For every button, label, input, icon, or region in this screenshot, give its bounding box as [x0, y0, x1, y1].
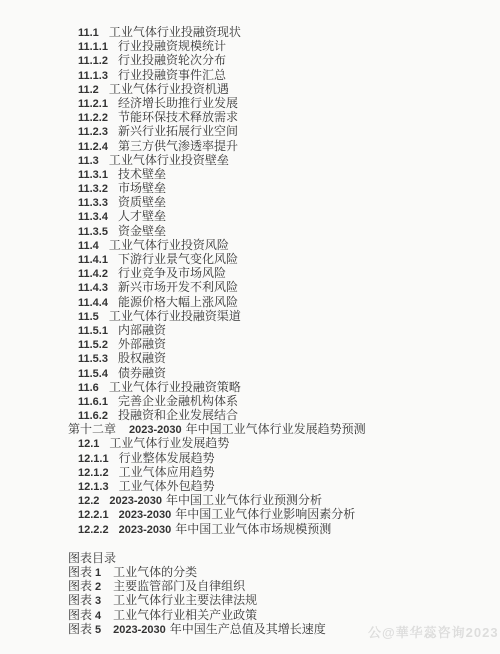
toc-item-number: 11.3.1	[78, 169, 108, 181]
toc-item: 11.3.3资质壁垒	[78, 195, 490, 209]
toc-item-number: 12.1.1	[78, 453, 109, 465]
toc-item: 12.1.3工业气体外包趋势	[78, 479, 490, 493]
toc-item-title: 人才壁垒	[118, 209, 166, 223]
figure-title: 年中国生产总值及其增长速度	[170, 622, 326, 636]
toc-chapter-line: 第十二章2023-2030年中国工业气体行业发展趋势预测	[68, 422, 490, 436]
toc-item-title: 资质壁垒	[118, 195, 166, 209]
toc-item-title: 新兴行业拓展行业空间	[118, 124, 238, 138]
toc-item-number: 11.3.2	[78, 183, 108, 195]
toc-item-title: 工业气体行业投资机遇	[109, 82, 229, 96]
figure-label: 图表	[68, 622, 92, 636]
toc-item-title: 工业气体外包趋势	[119, 479, 215, 493]
toc-item: 11.4.3新兴市场开发不利风险	[78, 280, 490, 294]
toc-item-number: 12.1	[78, 438, 99, 450]
toc-item: 12.2.12023-2030年中国工业气体行业影响因素分析	[78, 507, 490, 521]
figure-number: 2	[95, 581, 101, 593]
figure-label: 图表	[68, 593, 92, 607]
toc-item-number: 11.3.4	[78, 211, 108, 223]
toc-item-number: 11.3.3	[78, 197, 108, 209]
toc-item: 11.2.2节能环保技术释放需求	[78, 110, 490, 124]
toc-item: 11.5.4债券融资	[78, 366, 490, 380]
toc-item-title: 工业气体行业投资壁垒	[109, 153, 229, 167]
toc-item-title: 第三方供气渗透率提升	[118, 139, 238, 153]
figure-list-item: 图表2主要监管部门及自律组织	[68, 579, 490, 593]
toc-item: 11.5工业气体行业投融资渠道	[78, 309, 490, 323]
toc-item: 11.2工业气体行业投资机遇	[78, 82, 490, 96]
toc-item-number: 11.4.3	[78, 282, 108, 294]
toc-item: 11.2.3新兴行业拓展行业空间	[78, 124, 490, 138]
figure-label: 图表	[68, 579, 92, 593]
toc-item-number: 11.6.1	[78, 396, 108, 408]
figure-number: 1	[95, 567, 101, 579]
toc-item: 11.4.2行业竞争及市场风险	[78, 266, 490, 280]
figure-list-heading: 图表目录	[68, 551, 490, 565]
toc-item-number: 11.4.1	[78, 254, 108, 266]
toc-item-title: 年中国工业气体行业影响因素分析	[175, 507, 355, 521]
figure-label: 图表	[68, 608, 92, 622]
toc-item-title: 行业投融资轮次分布	[118, 53, 226, 67]
toc-item: 12.1.2工业气体应用趋势	[78, 465, 490, 479]
toc-item-title: 能源价格大幅上涨风险	[118, 295, 238, 309]
figure-number: 3	[95, 595, 101, 607]
toc-item-title: 年中国工业气体行业发展趋势预测	[186, 422, 366, 436]
toc-item: 11.6.2投融资和企业发展结合	[78, 408, 490, 422]
toc-item-number: 11.5.1	[78, 325, 108, 337]
figure-title: 工业气体行业主要法律法规	[113, 593, 257, 607]
toc-item-number: 11.5	[78, 311, 99, 323]
toc-item-number: 11.3.5	[78, 226, 108, 238]
toc-item-title: 年中国工业气体行业预测分析	[166, 493, 322, 507]
toc-item-title: 行业投融资事件汇总	[118, 68, 226, 82]
figure-title: 主要监管部门及自律组织	[113, 579, 245, 593]
toc-item-title: 工业气体应用趋势	[119, 465, 215, 479]
toc-item-title: 下游行业景气变化风险	[118, 252, 238, 266]
toc-item-title: 行业竞争及市场风险	[118, 266, 226, 280]
toc-item-number: 12.2.1	[78, 509, 109, 521]
toc-list: 11.1工业气体行业投融资现状11.1.1行业投融资规模统计11.1.2行业投融…	[78, 25, 490, 536]
page-content: 11.1工业气体行业投融资现状11.1.1行业投融资规模统计11.1.2行业投融…	[78, 25, 490, 636]
toc-item-title: 资金壁垒	[118, 224, 166, 238]
year-range: 2023-2030	[129, 424, 182, 436]
toc-item: 11.4工业气体行业投资风险	[78, 238, 490, 252]
toc-item-title: 行业整体发展趋势	[119, 451, 215, 465]
toc-item: 11.6.1完善企业金融机构体系	[78, 394, 490, 408]
figure-title: 工业气体行业相关产业政策	[113, 608, 257, 622]
toc-item-title: 工业气体行业投融资策略	[109, 380, 241, 394]
document-page: 11.1工业气体行业投融资现状11.1.1行业投融资规模统计11.1.2行业投融…	[0, 0, 500, 654]
year-range: 2023-2030	[119, 524, 172, 536]
toc-item-title: 市场壁垒	[118, 181, 166, 195]
toc-item-title: 年中国工业气体市场规模预测	[175, 522, 331, 536]
toc-item-number: 12.1.3	[78, 481, 109, 493]
toc-item-number: 12.2.2	[78, 524, 109, 536]
toc-item-number: 11.2	[78, 84, 99, 96]
toc-item-number: 11.5.3	[78, 353, 108, 365]
toc-item: 11.4.4能源价格大幅上涨风险	[78, 295, 490, 309]
toc-item: 11.3.5资金壁垒	[78, 224, 490, 238]
figure-list-item: 图表3工业气体行业主要法律法规	[68, 593, 490, 607]
toc-item-title: 完善企业金融机构体系	[118, 394, 238, 408]
toc-item: 11.4.1下游行业景气变化风险	[78, 252, 490, 266]
year-range: 2023-2030	[113, 624, 166, 636]
toc-item-title: 外部融资	[118, 337, 166, 351]
toc-item-number: 11.2.3	[78, 126, 108, 138]
toc-item-title: 工业气体行业投融资渠道	[109, 309, 241, 323]
toc-item: 12.22023-2030年中国工业气体行业预测分析	[78, 493, 490, 507]
toc-item-number: 12.2	[78, 495, 99, 507]
blank-line	[78, 536, 490, 551]
toc-item: 12.1.1行业整体发展趋势	[78, 451, 490, 465]
toc-item: 11.3.2市场壁垒	[78, 181, 490, 195]
toc-item: 12.1工业气体行业发展趋势	[78, 436, 490, 450]
toc-item: 11.3工业气体行业投资壁垒	[78, 153, 490, 167]
toc-item-title: 债券融资	[118, 366, 166, 380]
toc-item: 11.1.1行业投融资规模统计	[78, 39, 490, 53]
toc-item-title: 工业气体行业投融资现状	[109, 25, 241, 39]
toc-item-number: 11.3	[78, 155, 99, 167]
toc-item-number: 11.6	[78, 382, 99, 394]
toc-item: 11.3.4人才壁垒	[78, 209, 490, 223]
toc-item-title: 投融资和企业发展结合	[118, 408, 238, 422]
toc-item: 11.2.4第三方供气渗透率提升	[78, 139, 490, 153]
figure-title: 工业气体的分类	[113, 565, 197, 579]
toc-item-number: 11.2.4	[78, 141, 108, 153]
toc-item-number: 11.4	[78, 240, 99, 252]
chapter-label: 第十二章	[68, 422, 116, 436]
figure-label: 图表	[68, 565, 92, 579]
toc-item-number: 11.5.4	[78, 368, 108, 380]
toc-item-title: 内部融资	[118, 323, 166, 337]
toc-item-title: 行业投融资规模统计	[118, 39, 226, 53]
toc-item: 11.3.1技术壁垒	[78, 167, 490, 181]
toc-item-number: 11.2.2	[78, 112, 108, 124]
toc-item-number: 11.1.3	[78, 70, 108, 82]
toc-item-title: 节能环保技术释放需求	[118, 110, 238, 124]
watermark: 公@華华蕊咨询2023	[368, 622, 499, 641]
toc-item-number: 11.1.2	[78, 55, 108, 67]
toc-item: 11.6工业气体行业投融资策略	[78, 380, 490, 394]
year-range: 2023-2030	[109, 495, 162, 507]
toc-item-number: 11.2.1	[78, 98, 108, 110]
toc-item: 11.5.3股权融资	[78, 351, 490, 365]
toc-item-title: 新兴市场开发不利风险	[118, 280, 238, 294]
toc-item-number: 11.1.1	[78, 41, 108, 53]
toc-item: 11.5.1内部融资	[78, 323, 490, 337]
toc-item-number: 11.6.2	[78, 410, 108, 422]
toc-item-title: 工业气体行业发展趋势	[109, 436, 229, 450]
year-range: 2023-2030	[119, 509, 172, 521]
toc-item-number: 11.4.2	[78, 268, 108, 280]
toc-item-title: 工业气体行业投资风险	[109, 238, 229, 252]
toc-item-title: 技术壁垒	[118, 167, 166, 181]
toc-item: 11.1工业气体行业投融资现状	[78, 25, 490, 39]
toc-item: 11.1.3行业投融资事件汇总	[78, 68, 490, 82]
figure-number: 4	[95, 610, 101, 622]
figure-list-item: 图表1工业气体的分类	[68, 565, 490, 579]
toc-item: 11.1.2行业投融资轮次分布	[78, 53, 490, 67]
toc-item-title: 股权融资	[118, 351, 166, 365]
toc-item-number: 11.4.4	[78, 297, 108, 309]
toc-item-title: 经济增长助推行业发展	[118, 96, 238, 110]
toc-item-number: 12.1.2	[78, 467, 109, 479]
toc-item: 12.2.22023-2030年中国工业气体市场规模预测	[78, 522, 490, 536]
toc-item: 11.2.1经济增长助推行业发展	[78, 96, 490, 110]
toc-item: 11.5.2外部融资	[78, 337, 490, 351]
figure-list-item: 图表4工业气体行业相关产业政策	[68, 608, 490, 622]
toc-item-number: 11.5.2	[78, 339, 108, 351]
toc-item-number: 11.1	[78, 27, 99, 39]
figure-number: 5	[95, 624, 101, 636]
